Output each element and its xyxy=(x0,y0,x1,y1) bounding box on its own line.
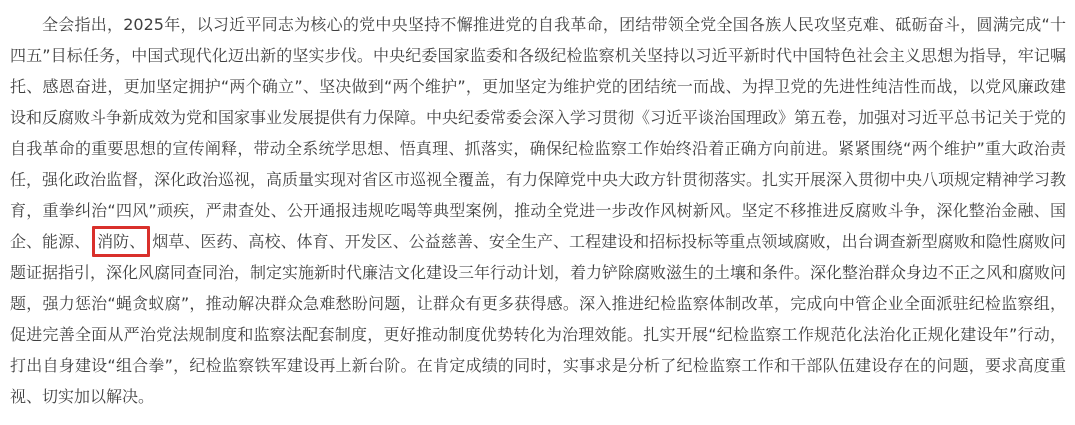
paragraph-text-after: 烟草、医药、高校、体育、开发区、公益慈善、安全生产、工程建设和招标投标等重点领域… xyxy=(10,232,1066,406)
paragraph: 全会指出，2025年，以习近平同志为核心的党中央坚持不懈推进党的自我革命，团结带… xyxy=(10,9,1066,412)
document-body: 全会指出，2025年，以习近平同志为核心的党中央坚持不懈推进党的自我革命，团结带… xyxy=(0,0,1075,425)
highlight-box-fire-protection: 消防、 xyxy=(92,226,150,257)
paragraph-text-before: 全会指出，2025年，以习近平同志为核心的党中央坚持不懈推进党的自我革命，团结带… xyxy=(10,15,1066,251)
